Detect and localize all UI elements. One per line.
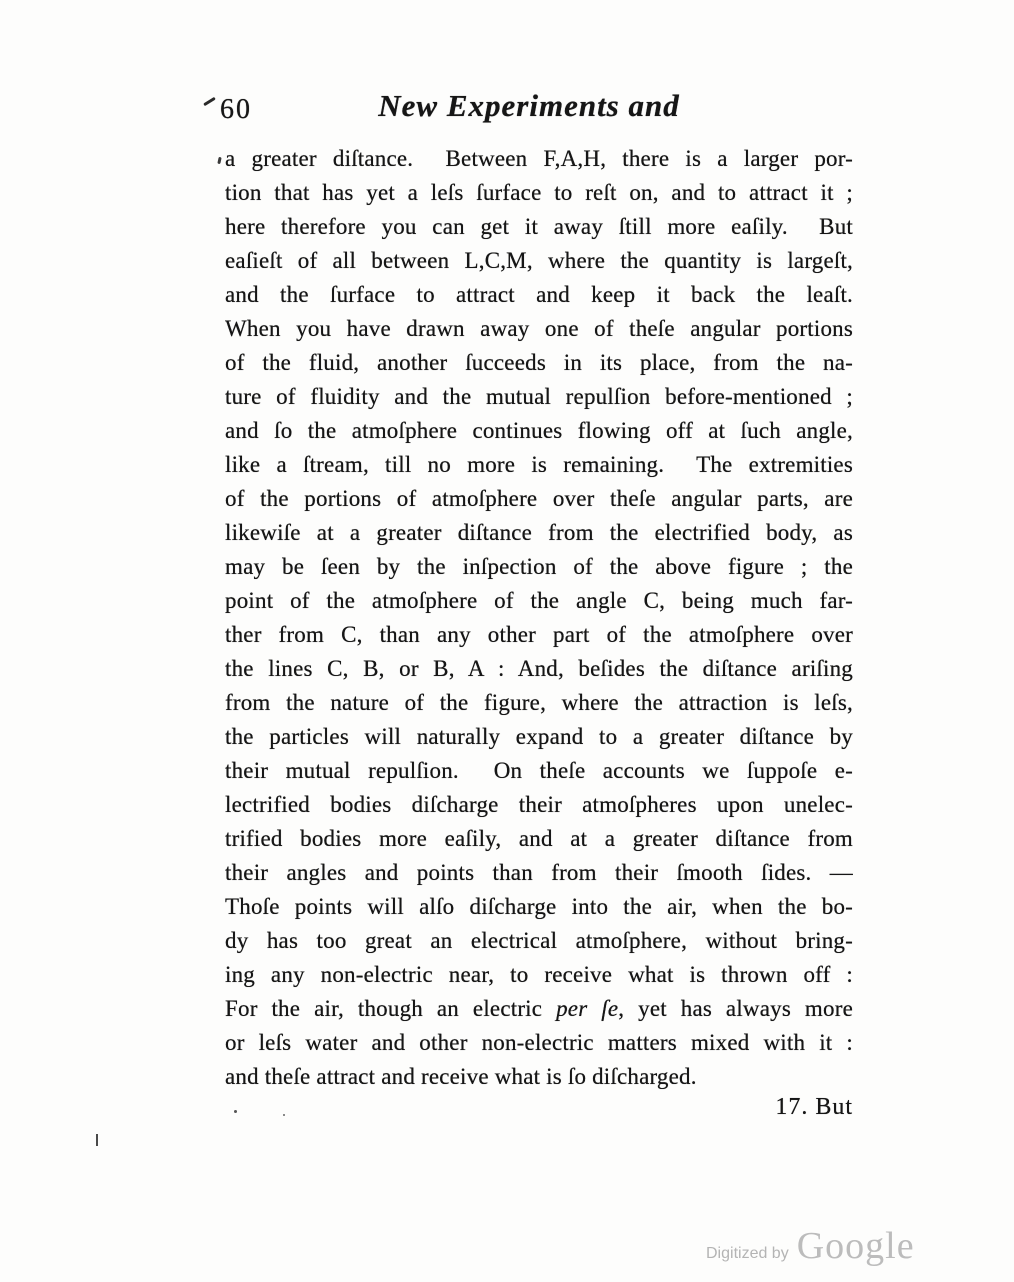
digitized-by-label: Digitized by [706,1245,789,1263]
text-line: or leſs water and other non-electric mat… [225,1026,853,1060]
text-line: and ſo the atmoſphere continues flowing … [225,414,853,448]
text-line: For the air, though an electric per ſe, … [225,992,853,1026]
text-line: tion that has yet a leſs ſurface to reſt… [225,176,853,210]
text-line: the lines C, B, or B, A : And, beſides t… [225,652,853,686]
ink-speck [96,1134,98,1146]
text-line: the particles will naturally expand to a… [225,720,853,754]
text-line: ing any non-electric near, to receive wh… [225,958,853,992]
body-text: a greater diſtance. Between F,A,H, there… [225,142,853,1094]
text-line: and theſe attract and receive what is ſo… [225,1060,853,1094]
text-line: dy has too great an electrical atmoſpher… [225,924,853,958]
text-line: Thoſe points will alſo diſcharge into th… [225,890,853,924]
book-page: 60 New Experiments and a greater diſtanc… [0,0,1014,1282]
text-line: like a ſtream, till no more is remaining… [225,448,853,482]
text-line: When you have drawn away one of theſe an… [225,312,853,346]
text-line: lectrified bodies diſcharge their atmoſp… [225,788,853,822]
ink-speck [217,157,221,164]
text-line: from the nature of the figure, where the… [225,686,853,720]
text-line: eaſieſt of all between L,C,M, where the … [225,244,853,278]
ink-speck [203,97,216,106]
watermark: Digitized by Google [706,1224,915,1268]
google-logo: Google [797,1224,915,1268]
text-line: likewiſe at a greater diſtance from the … [225,516,853,550]
text-line: ture of fluidity and the mutual repulſio… [225,380,853,414]
text-line: their mutual repulſion. On theſe account… [225,754,853,788]
text-line: of the fluid, another ſucceeds in its pl… [225,346,853,380]
text-line: may be ſeen by the inſpection of the abo… [225,550,853,584]
text-line: their angles and points than from their … [225,856,853,890]
text-line: a greater diſtance. Between F,A,H, there… [225,142,853,176]
catchword: 17. But [225,1094,853,1121]
text-line: ther from C, than any other part of the … [225,618,853,652]
text-line: and the ſurface to attract and keep it b… [225,278,853,312]
running-title: New Experiments and [215,88,843,124]
text-line: of the portions of atmoſphere over theſe… [225,482,853,516]
text-line: trified bodies more eaſily, and at a gre… [225,822,853,856]
text-line: here therefore you can get it away ſtill… [225,210,853,244]
text-line: point of the atmoſphere of the angle C, … [225,584,853,618]
